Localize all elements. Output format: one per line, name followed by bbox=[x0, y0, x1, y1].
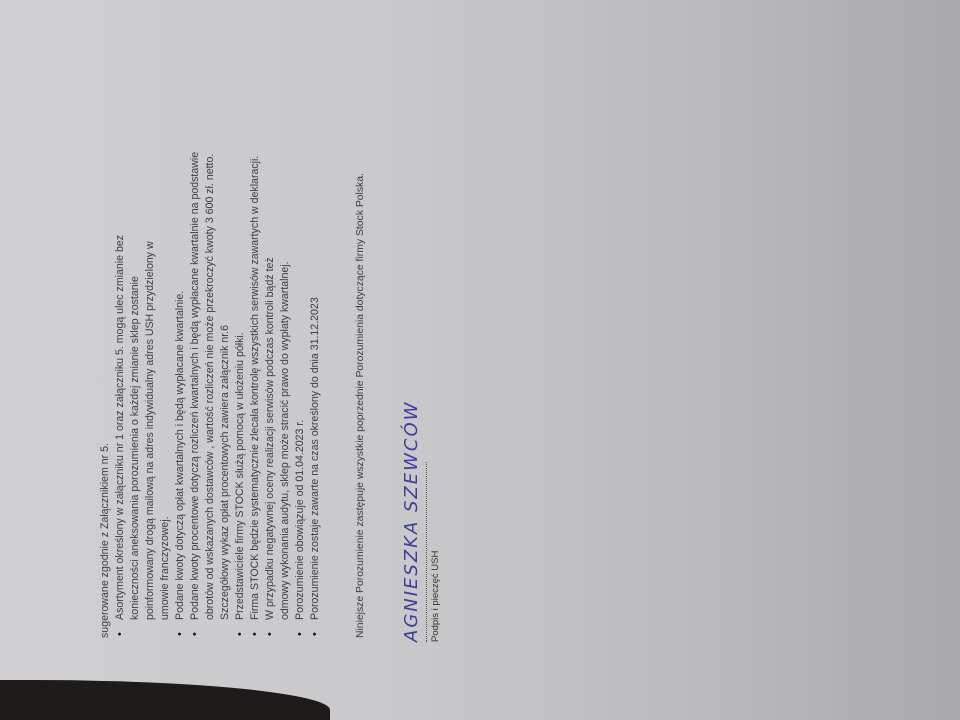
list-item-continuation: Szczegółowy wykaz opłat procentowych zaw… bbox=[218, 50, 233, 638]
list-item: W przypadku negatywnej oceny realizacji … bbox=[263, 50, 278, 638]
closing-statement: Niniejsze Porozumienie zastępuje wszystk… bbox=[353, 50, 368, 638]
dark-foreground-edge bbox=[0, 680, 330, 720]
list-item: Porozumienie zostaje zawarte na czas okr… bbox=[308, 50, 323, 638]
list-item-continuation: poinformowany drogą mailową na adres ind… bbox=[143, 50, 158, 638]
list-item: Podane kwoty dotyczą opłat kwartalnych i… bbox=[173, 50, 188, 638]
intro-line: sugerowane zgodnie z Załącznikiem nr 5. bbox=[98, 50, 113, 638]
document-page: sugerowane zgodnie z Załącznikiem nr 5. … bbox=[60, 50, 520, 670]
list-item-continuation: obrotów od wskazanych dostawców , wartoś… bbox=[203, 50, 218, 638]
list-item: Asortyment określony w załączniku nr 1 o… bbox=[113, 50, 128, 638]
signature-block: AGNIESZKA SZEWCÓW Podpis i pieczęć USH bbox=[404, 50, 443, 642]
list-item: Podane kwoty procentowe dotyczą rozlicze… bbox=[188, 50, 203, 638]
list-item-continuation: umowie franczyzowej. bbox=[158, 50, 173, 638]
list-item-continuation: konieczności aneksowania porozumienia o … bbox=[128, 50, 143, 638]
list-item-continuation: odmowy wykonania audytu, sklep może stra… bbox=[278, 50, 293, 638]
terms-list: Asortyment określony w załączniku nr 1 o… bbox=[113, 50, 323, 670]
list-item: Firma STOCK będzie systematycznie zlecał… bbox=[248, 50, 263, 638]
signature-label: Podpis i pieczęć USH bbox=[426, 462, 443, 642]
list-item: Porozumienie obowiązuje od 01.04.2023 r. bbox=[293, 50, 308, 638]
list-item: Przedstawiciele firmy STOCK służą pomocą… bbox=[233, 50, 248, 638]
handwritten-signature: AGNIESZKA SZEWCÓW bbox=[404, 50, 426, 642]
